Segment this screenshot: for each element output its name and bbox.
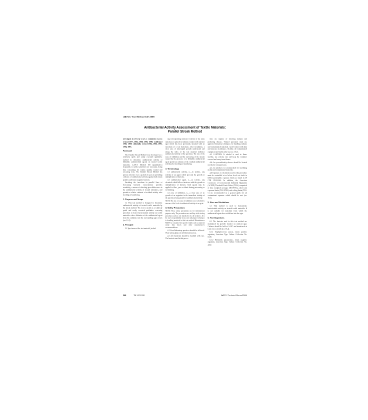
body-paragraph: NOTE: These safety precautions are for i… xyxy=(165,210,204,229)
text-column-2: ing corresponding untreated controls of … xyxy=(165,138,204,291)
footer-page-number: 268 xyxy=(123,295,126,297)
text-column-1: Developed in 1976 by AATCC Committee RA3… xyxy=(123,138,162,291)
body-paragraph: 5.1 This method is used to demonstrate b… xyxy=(208,205,247,215)
page-footer: 268 TM 147-1998 AATCC Technical Manual/2… xyxy=(123,295,247,297)
section-heading: 5. Uses and Limitations xyxy=(208,202,247,204)
body-paragraph: ing corresponding untreated controls of … xyxy=(165,138,204,165)
body-paragraph: The Parallel Streak Method was developed… xyxy=(123,154,162,181)
body-paragraph: 3.1 antibacterial activity, n.—in textil… xyxy=(165,171,204,178)
body-paragraph: 6.1 The bacteria used in this test metho… xyxy=(208,221,247,231)
document-title: Antibacterial Activity Assessment of Tex… xyxy=(123,126,247,134)
body-paragraph: 2.1 Specimens of the test material, incl… xyxy=(123,228,162,230)
section-heading: 2. Principle xyxy=(123,224,162,226)
body-paragraph: 3.3 zone of inhibition, n.—a clear area … xyxy=(165,192,204,199)
body-columns: Developed in 1976 by AATCC Committee RA3… xyxy=(123,138,247,291)
body-paragraph: 4.5 An autoclave is recommended for ster… xyxy=(208,167,247,172)
body-paragraph: NOTE: The size of a zone of inhibition i… xyxy=(165,200,204,205)
body-paragraph: 6.1.2 Klebsiella pneumoniae, Gram negati… xyxy=(208,239,247,246)
body-paragraph: 6.1.1 Staphylococcus aureus, Gram positi… xyxy=(208,231,247,238)
body-paragraph: 4.6 Exposure to chemicals used in this p… xyxy=(208,172,247,199)
section-heading: 6. Test Organisms xyxy=(208,217,247,219)
body-paragraph: 4.2 All chemicals should be handled with… xyxy=(165,235,204,240)
document-title-line2: Parallel Streak Method xyxy=(123,130,247,134)
section-heading: 4. Safety Precautions xyxy=(165,207,204,209)
body-paragraph: Developed in 1976 by AATCC Committee RA3… xyxy=(123,138,162,148)
footer-manual-label: AATCC Technical Manual/2000 xyxy=(221,295,247,297)
body-paragraph: 4.3 CAUTION: If alcohol is used to flame… xyxy=(208,154,247,161)
body-paragraph: 3.2 antibacterial agent, n.—in textiles,… xyxy=(165,179,204,191)
page-content-block: AATCC Test Method 147-1998 Antibacterial… xyxy=(123,114,247,304)
scanned-document-page: AATCC Test Method 147-1998 Antibacterial… xyxy=(0,0,368,420)
footer-method-label: TM 147-1998 xyxy=(133,295,144,297)
section-heading: Foreword xyxy=(123,150,162,152)
body-paragraph: 4.1 Good laboratory practices should be … xyxy=(165,230,204,235)
body-paragraph: Streaking the inoculum in parallel lines… xyxy=(123,182,162,197)
text-column-3: dure are capable of infecting humans and… xyxy=(208,138,247,291)
body-paragraph: 4.4 An eyewash/safety shower should be l… xyxy=(208,161,247,166)
section-heading: 1. Purpose and Scope xyxy=(123,199,162,201)
body-paragraph: 1.1 This test method is designed to dete… xyxy=(123,202,162,222)
document-header: AATCC Test Method 147-1998 xyxy=(123,116,247,118)
body-paragraph: dure are capable of infecting humans and… xyxy=(208,138,247,153)
section-heading: 3. Terminology xyxy=(165,168,204,170)
